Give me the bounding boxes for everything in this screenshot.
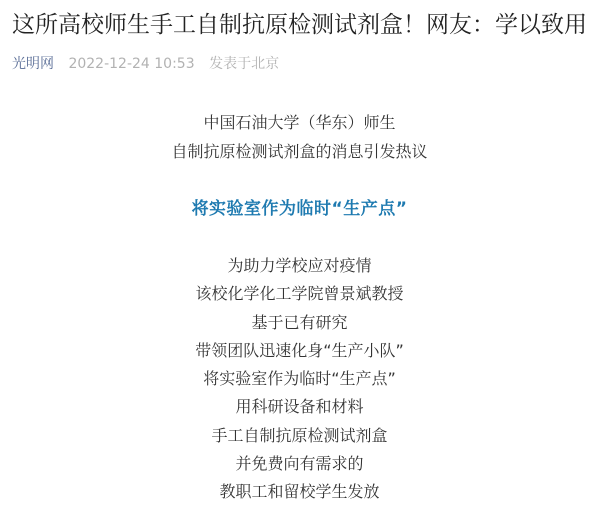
article-body: 中国石油大学（华东）师生 自制抗原检测试剂盒的消息引发热议 将实验室作为临时“生… xyxy=(0,108,599,507)
body-line: 教职工和留校学生发放 xyxy=(0,478,599,506)
body-line: 用科研设备和材料 xyxy=(0,393,599,421)
section-heading: 将实验室作为临时“生产点” xyxy=(0,195,599,223)
body-line: 并免费向有需求的 xyxy=(0,450,599,478)
source-link[interactable]: 光明网 xyxy=(12,56,54,72)
intro-line: 中国石油大学（华东）师生 xyxy=(0,108,599,137)
body-line: 将实验室作为临时“生产点” xyxy=(0,365,599,393)
article-meta: 光明网 2022-12-24 10:53 发表于北京 xyxy=(12,54,279,74)
intro-line: 自制抗原检测试剂盒的消息引发热议 xyxy=(0,137,599,166)
body-line: 该校化学化工学院曾景斌教授 xyxy=(0,280,599,308)
body-line: 基于已有研究 xyxy=(0,309,599,337)
publish-datetime: 2022-12-24 10:53 xyxy=(68,56,194,72)
body-line: 为助力学校应对疫情 xyxy=(0,252,599,280)
publish-location: 发表于北京 xyxy=(209,56,279,72)
article-title: 这所高校师生手工自制抗原检测试剂盒！网友：学以致用 xyxy=(12,9,587,41)
body-line: 带领团队迅速化身“生产小队” xyxy=(0,337,599,365)
body-lines: 为助力学校应对疫情 该校化学化工学院曾景斌教授 基于已有研究 带领团队迅速化身“… xyxy=(0,252,599,507)
intro-block: 中国石油大学（华东）师生 自制抗原检测试剂盒的消息引发热议 xyxy=(0,108,599,166)
body-line: 手工自制抗原检测试剂盒 xyxy=(0,422,599,450)
